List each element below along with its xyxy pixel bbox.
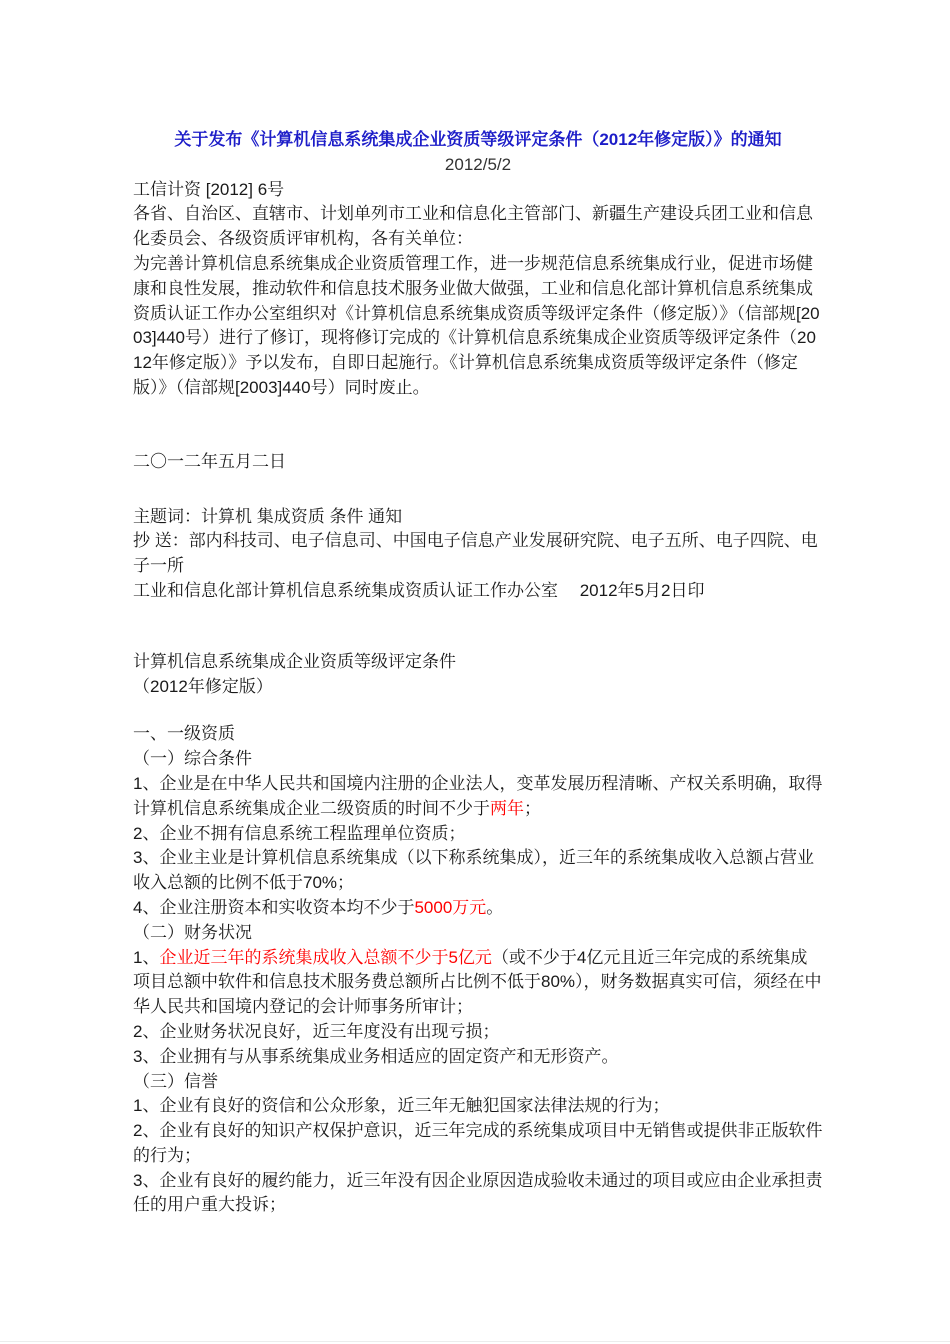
text-run: 2、企业不拥有信息系统工程监理单位资质； — [133, 824, 465, 843]
text-run: 。 — [486, 898, 503, 917]
spacer — [133, 475, 823, 505]
item-1-3-3: 3、企业有良好的履约能力，近三年没有因企业原因造成验收未通过的项目或应由企业承担… — [133, 1169, 823, 1219]
text-run: （三）信誉 — [133, 1072, 218, 1091]
attachment-title: 计算机信息系统集成企业资质等级评定条件 — [133, 650, 823, 675]
section-1-1-heading: （一）综合条件 — [133, 747, 823, 772]
text-run: 主题词：计算机 集成资质 条件 通知 — [133, 507, 402, 526]
sign-date: 二〇一二年五月二日 — [133, 450, 823, 475]
attachment-subtitle: （2012年修定版） — [133, 675, 823, 700]
item-1-1-2: 2、企业不拥有信息系统工程监理单位资质； — [133, 822, 823, 847]
document-body: 关于发布《计算机信息系统集成企业资质等级评定条件（2012年修定版）》的通知20… — [133, 128, 823, 1218]
text-run: （二）财务状况 — [133, 923, 252, 942]
text-run: 计算机信息系统集成企业资质等级评定条件 — [133, 652, 456, 671]
text-run: 3、企业拥有与从事系统集成业务相适应的固定资产和无形资产。 — [133, 1047, 618, 1066]
notice-date: 2012/5/2 — [133, 153, 823, 178]
text-run: 3、企业主业是计算机信息系统集成（以下称系统集成），近三年的系统集成收入总额占营… — [133, 848, 814, 892]
notice-title: 关于发布《计算机信息系统集成企业资质等级评定条件（2012年修定版）》的通知 — [133, 128, 823, 153]
addressees: 各省、自治区、直辖市、计划单列市工业和信息化主管部门、新疆生产建设兵团工业和信息… — [133, 202, 823, 252]
item-1-3-2: 2、企业有良好的知识产权保护意识，近三年完成的系统集成项目中无销售或提供非正版软… — [133, 1119, 823, 1169]
spacer — [133, 604, 823, 650]
page-bottom-rule — [0, 1341, 950, 1342]
highlighted-text: 企业近三年的系统集成收入总额不少于5亿元 — [159, 948, 491, 967]
subject-line: 主题词：计算机 集成资质 条件 通知 — [133, 505, 823, 530]
item-1-2-2: 2、企业财务状况良好，近三年度没有出现亏损； — [133, 1020, 823, 1045]
section-1-heading: 一、一级资质 — [133, 722, 823, 747]
text-run: 2012/5/2 — [445, 155, 511, 174]
text-run: 工业和信息化部计算机信息系统集成资质认证工作办公室 2012年5月2日印 — [133, 581, 704, 600]
document-page: 关于发布《计算机信息系统集成企业资质等级评定条件（2012年修定版）》的通知20… — [0, 0, 950, 1344]
text-run: 1、 — [133, 948, 159, 967]
item-1-2-3: 3、企业拥有与从事系统集成业务相适应的固定资产和无形资产。 — [133, 1045, 823, 1070]
doc-number: 工信计资 [2012] 6号 — [133, 178, 823, 203]
item-1-2-1: 1、企业近三年的系统集成收入总额不少于5亿元（或不少于4亿元且近三年完成的系统集… — [133, 946, 823, 1020]
spacer — [133, 401, 823, 450]
highlighted-text: 5000万元 — [414, 898, 486, 917]
item-1-1-3: 3、企业主业是计算机信息系统集成（以下称系统集成），近三年的系统集成收入总额占营… — [133, 846, 823, 896]
text-run: ； — [524, 799, 541, 818]
text-run: 1、企业有良好的资信和公众形象，近三年无触犯国家法律法规的行为； — [133, 1096, 669, 1115]
item-1-3-1: 1、企业有良好的资信和公众形象，近三年无触犯国家法律法规的行为； — [133, 1094, 823, 1119]
text-run: 一、一级资质 — [133, 724, 235, 743]
text-run: 3、企业有良好的履约能力，近三年没有因企业原因造成验收未通过的项目或应由企业承担… — [133, 1171, 822, 1215]
item-1-1-4: 4、企业注册资本和实收资本均不少于5000万元。 — [133, 896, 823, 921]
item-1-1-1: 1、企业是在中华人民共和国境内注册的企业法人，变革发展历程清晰、产权关系明确，取… — [133, 772, 823, 822]
text-run: 2、企业有良好的知识产权保护意识，近三年完成的系统集成项目中无销售或提供非正版软… — [133, 1121, 822, 1165]
text-run: 2、企业财务状况良好，近三年度没有出现亏损； — [133, 1022, 499, 1041]
text-run: （2012年修定版） — [133, 677, 273, 696]
text-run: 4、企业注册资本和实收资本均不少于 — [133, 898, 414, 917]
text-run: 关于发布《计算机信息系统集成企业资质等级评定条件（2012年修定版）》的通知 — [174, 130, 781, 149]
highlighted-text: 两年 — [490, 799, 524, 818]
text-run: （一）综合条件 — [133, 749, 252, 768]
notice-body: 为完善计算机信息系统集成企业资质管理工作，进一步规范信息系统集成行业，促进市场健… — [133, 252, 823, 401]
cc-line: 抄 送：部内科技司、电子信息司、中国电子信息产业发展研究院、电子五所、电子四院、… — [133, 529, 823, 579]
text-run: 1、企业是在中华人民共和国境内注册的企业法人，变革发展历程清晰、产权关系明确，取… — [133, 774, 822, 818]
section-1-2-heading: （二）财务状况 — [133, 921, 823, 946]
section-1-3-heading: （三）信誉 — [133, 1070, 823, 1095]
text-run: 工信计资 [2012] 6号 — [133, 180, 284, 199]
text-run: 二〇一二年五月二日 — [133, 452, 286, 471]
print-line: 工业和信息化部计算机信息系统集成资质认证工作办公室 2012年5月2日印 — [133, 579, 823, 604]
text-run: 各省、自治区、直辖市、计划单列市工业和信息化主管部门、新疆生产建设兵团工业和信息… — [133, 204, 813, 248]
text-run: 为完善计算机信息系统集成企业资质管理工作，进一步规范信息系统集成行业，促进市场健… — [133, 254, 820, 397]
text-run: 抄 送：部内科技司、电子信息司、中国电子信息产业发展研究院、电子五所、电子四院、… — [133, 531, 818, 575]
spacer — [133, 699, 823, 722]
